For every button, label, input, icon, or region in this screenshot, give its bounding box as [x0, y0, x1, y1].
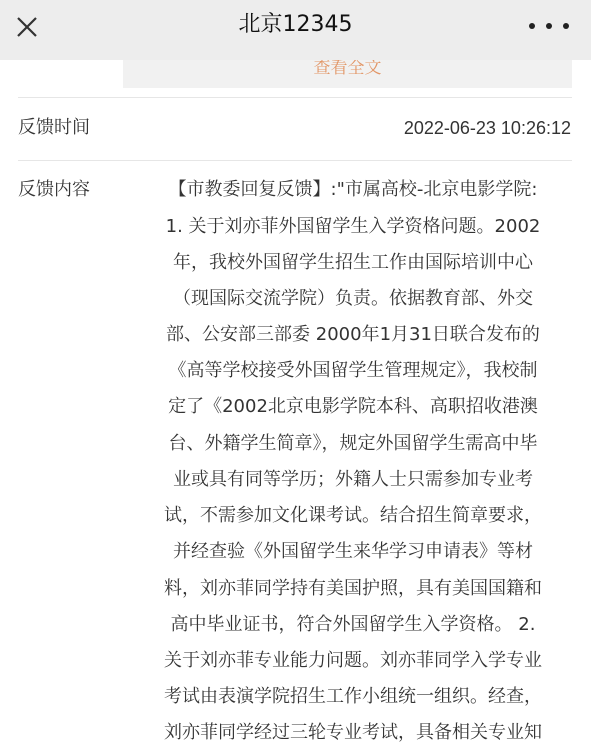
content-line: 关于刘亦菲专业能力问题。刘亦菲同学入学专业 [128, 648, 578, 674]
dot [563, 23, 569, 29]
content-line: 高中毕业证书，符合外国留学生入学资格。 2. [128, 612, 578, 638]
content-line: 1. 关于刘亦菲外国留学生入学资格问题。2002 [128, 214, 578, 240]
content-line: 考试由表演学院招生工作小组统一组织。经查， [128, 684, 578, 710]
page-title: 北京12345 [0, 10, 591, 40]
divider [18, 97, 572, 98]
content-line: 定了《2002北京电影学院本科、高职招收港澳 [128, 394, 578, 420]
feedback-time-label: 反馈时间 [18, 115, 90, 141]
content-line: 《高等学校接受外国留学生管理规定》，我校制 [128, 358, 578, 384]
content-line: 部、公安部三部委 2000年1月31日联合发布的 [128, 322, 578, 348]
content-line: 台、外籍学生简章》，规定外国留学生需高中毕 [128, 431, 578, 457]
dot [546, 23, 552, 29]
content-line: 【市教委回复反馈】:"市属高校-北京电影学院: [128, 177, 578, 203]
nav-header: 北京12345 [0, 0, 591, 60]
content-line: 年，我校外国留学生招生工作由国际培训中心 [128, 250, 578, 276]
content-line: 刘亦菲同学经过三轮专业考试，具备相关专业知 [128, 720, 578, 742]
more-options-icon[interactable] [529, 16, 569, 36]
content-line: 试，不需参加文化课考试。结合招生简章要求， [128, 503, 578, 529]
content-line: 业或具有同等学历；外籍人士只需参加专业考 [128, 467, 578, 493]
feedback-time-value: 2022-06-23 10:26:12 [404, 115, 571, 141]
content-line: 料，刘亦菲同学持有美国护照，具有美国国籍和 [128, 576, 578, 602]
divider [18, 160, 572, 161]
content-line: （现国际交流学院）负责。依据教育部、外交 [128, 286, 578, 312]
dot [529, 23, 535, 29]
feedback-content-label: 反馈内容 [18, 177, 90, 203]
content-line: 并经查验《外国留学生来华学习申请表》等材 [128, 539, 578, 565]
